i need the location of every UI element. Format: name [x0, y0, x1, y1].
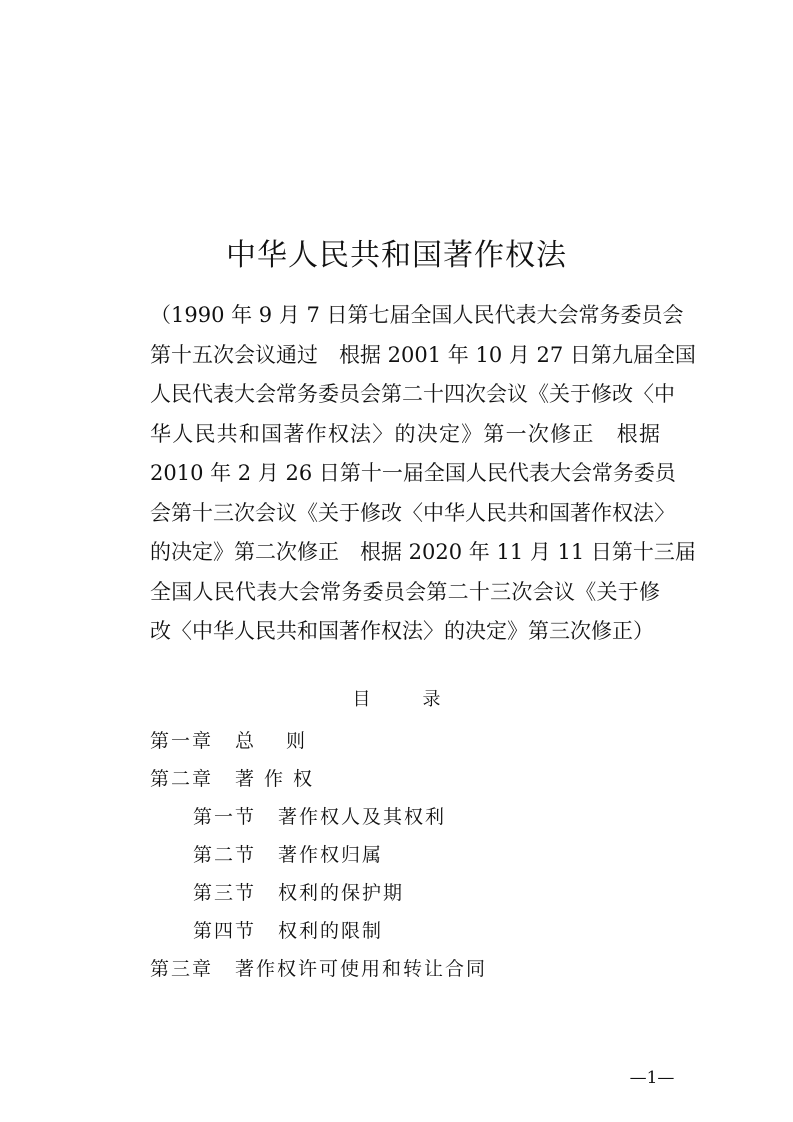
toc-item-title: 著作权人及其权利	[278, 798, 446, 836]
preamble-line: 第十五次会议通过 根据 2001 年 10 月 27 日第九届全国	[150, 336, 660, 376]
toc-chapter-2[interactable]: 第二章著作权	[150, 760, 670, 798]
toc-item-number: 第三节	[193, 874, 256, 912]
table-of-contents: 第一章总则 第二章著作权 第一节著作权人及其权利 第二节著作权归属 第三节权利的…	[150, 722, 670, 988]
toc-chapter-1[interactable]: 第一章总则	[150, 722, 670, 760]
preamble-line: 人民代表大会常务委员会第二十四次会议《关于修改〈中	[150, 375, 660, 415]
preamble-line: （1990 年 9 月 7 日第七届全国人民代表大会常务委员会	[150, 296, 660, 336]
toc-heading-left: 目	[353, 685, 371, 715]
toc-item-number: 第四节	[193, 912, 256, 950]
toc-section-2-4[interactable]: 第四节权利的限制	[150, 912, 670, 950]
toc-item-number: 第二节	[193, 836, 256, 874]
toc-chapter-3[interactable]: 第三章著作权许可使用和转让合同	[150, 950, 670, 988]
page-number: —1—	[612, 1066, 692, 1090]
toc-section-2-1[interactable]: 第一节著作权人及其权利	[150, 798, 670, 836]
preamble-line: 2010 年 2 月 26 日第十一届全国人民代表大会常务委员	[150, 454, 660, 494]
preamble-line: 华人民共和国著作权法〉的决定》第一次修正 根据	[150, 415, 660, 455]
preamble-line: 改〈中华人民共和国著作权法〉的决定》第三次修正）	[150, 612, 660, 652]
preamble-paragraph: （1990 年 9 月 7 日第七届全国人民代表大会常务委员会 第十五次会议通过…	[150, 296, 660, 652]
toc-item-title: 权利的限制	[278, 912, 383, 950]
toc-heading-right: 录	[423, 685, 441, 715]
toc-item-number: 第一节	[193, 798, 256, 836]
document-title: 中华人民共和国著作权法	[0, 234, 793, 278]
toc-item-title: 著作权	[235, 760, 322, 798]
preamble-line: 会第十三次会议《关于修改〈中华人民共和国著作权法〉	[150, 494, 660, 534]
toc-section-2-3[interactable]: 第三节权利的保护期	[150, 874, 670, 912]
toc-item-number: 第三章	[150, 950, 213, 988]
toc-section-2-2[interactable]: 第二节著作权归属	[150, 836, 670, 874]
toc-item-title: 著作权许可使用和转让合同	[235, 950, 487, 988]
toc-item-number: 第一章	[150, 722, 213, 760]
toc-item-title: 总则	[235, 722, 337, 760]
toc-heading: 目录	[0, 685, 793, 715]
preamble-line: 全国人民代表大会常务委员会第二十三次会议《关于修	[150, 573, 660, 613]
toc-item-title: 著作权归属	[278, 836, 383, 874]
toc-item-number: 第二章	[150, 760, 213, 798]
toc-item-title: 权利的保护期	[278, 874, 404, 912]
preamble-line: 的决定》第二次修正 根据 2020 年 11 月 11 日第十三届	[150, 533, 660, 573]
